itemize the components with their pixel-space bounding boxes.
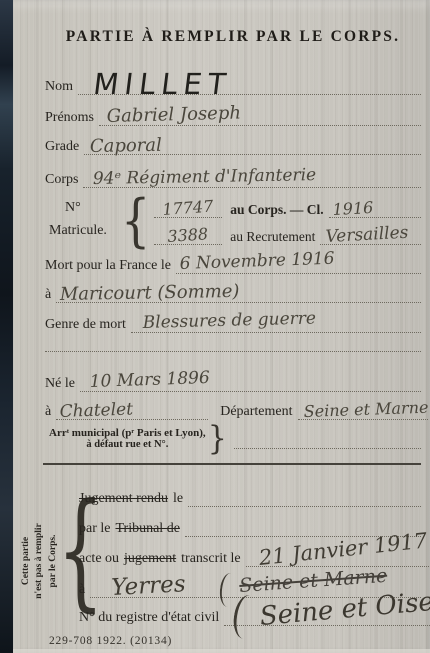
arr-municipal-label: Arrᵗ municipal (pʳ Paris et Lyon), à déf… bbox=[49, 427, 206, 452]
sidenote-line-1: Cette partie bbox=[20, 491, 33, 631]
departement-value: Seine et Marne bbox=[303, 400, 428, 419]
lieu-deces-label: à bbox=[45, 287, 51, 303]
empty-line bbox=[45, 346, 421, 352]
nom-label: Nom bbox=[45, 79, 73, 95]
ne-le-label: Né le bbox=[45, 376, 75, 392]
grade-value: Caporal bbox=[90, 138, 162, 155]
mort-label: Mort pour la France le bbox=[45, 258, 171, 274]
field-transcription: acte ou jugement transcrit le 21 Janvier… bbox=[79, 543, 421, 567]
lieu-transcription-label: à bbox=[79, 582, 85, 598]
matricule-corps-number: 17747 bbox=[162, 199, 214, 217]
form-header: PARTIE À REMPLIR PAR LE CORPS. bbox=[45, 28, 421, 46]
transcription-struck-label: jugement bbox=[124, 551, 176, 567]
field-arr-municipal: Arrᵗ municipal (pʳ Paris et Lyon), à déf… bbox=[49, 424, 421, 454]
form-title: PARTIE À REMPLIR PAR LE CORPS. bbox=[66, 28, 400, 46]
sidenote-line-2: n'est pas à remplir bbox=[33, 491, 46, 631]
lieu-naissance-line: Chatelet bbox=[56, 405, 208, 420]
field-grade: Grade Caporal bbox=[45, 129, 421, 155]
prenoms-label: Prénoms bbox=[45, 110, 94, 126]
mort-line: 6 Novembre 1916 bbox=[176, 257, 421, 274]
matricule-brace: { bbox=[121, 191, 150, 249]
registre-label: N° du registre d'état civil bbox=[79, 610, 219, 626]
field-genre-mort: Genre de mort Blessures de guerre bbox=[45, 307, 421, 333]
ne-le-value: 10 Mars 1896 bbox=[89, 371, 210, 390]
field-ne-le: Né le 10 Mars 1896 bbox=[45, 366, 421, 392]
matricule-corps-row: 17747 au Corps. — Cl. 1916 bbox=[154, 194, 421, 218]
departement-line: Seine et Marne bbox=[298, 405, 429, 420]
section-divider bbox=[43, 463, 421, 465]
prenoms-line: Gabriel Joseph bbox=[99, 109, 421, 126]
genre-mort-line: Blessures de guerre bbox=[131, 316, 421, 333]
matricule-recrutement-line: 3388 bbox=[154, 230, 222, 245]
matricule-recrutement-row: 3388 au Recrutement Versailles bbox=[154, 218, 421, 245]
field-naissance: à Chatelet Département Seine et Marne bbox=[45, 394, 421, 420]
classe-line: 1916 bbox=[329, 203, 421, 218]
matricule-label-bottom: Matricule. bbox=[49, 223, 121, 239]
arr-municipal-label-line1: Arrᵗ municipal (pʳ Paris et Lyon), bbox=[49, 427, 206, 440]
registre-line: Seine et Oise bbox=[224, 595, 430, 626]
sidenote: Cette partie n'est pas à remplir par le … bbox=[20, 491, 62, 631]
transcription-date-value: 21 Janvier 1917 bbox=[258, 532, 428, 568]
nom-value: MILLET bbox=[92, 71, 233, 97]
field-nom: Nom MILLET bbox=[45, 59, 421, 95]
field-jugement: Jugement rendu le bbox=[79, 485, 421, 507]
classe-value: 1916 bbox=[332, 200, 373, 217]
genre-mort-label: Genre de mort bbox=[45, 317, 126, 333]
field-lieu-deces: à Maricourt (Somme) bbox=[45, 277, 421, 303]
matricule-label-top: N° bbox=[49, 200, 121, 216]
ne-le-line: 10 Mars 1896 bbox=[80, 375, 421, 392]
arr-municipal-label-line2: à défaut rue et N°. bbox=[49, 439, 206, 451]
field-prenoms: Prénoms Gabriel Joseph bbox=[45, 100, 421, 126]
lieu-naissance-value: Chatelet bbox=[60, 402, 134, 420]
form-paper: PARTIE À REMPLIR PAR LE CORPS. Nom MILLE… bbox=[13, 0, 430, 653]
matricule-label: N° Matricule. bbox=[49, 200, 121, 238]
grade-line: Caporal bbox=[84, 139, 421, 155]
au-recrutement-label: au Recrutement bbox=[230, 229, 315, 245]
grade-label: Grade bbox=[45, 139, 79, 155]
lieu-deces-value: Maricourt (Somme) bbox=[60, 284, 240, 303]
lieu-transcription-struck-value: Seine et Marne bbox=[239, 568, 388, 595]
arr-municipal-line bbox=[234, 443, 421, 449]
field-matricule: N° Matricule. { 17747 au Corps. — Cl. 19… bbox=[49, 194, 421, 245]
recrutement-place-value: Versailles bbox=[326, 225, 410, 245]
lieu-transcription-value: Yerres bbox=[111, 574, 186, 599]
printer-mark: 229-708 1922. (20134) bbox=[49, 635, 172, 647]
corps-label: Corps bbox=[45, 172, 78, 188]
matricule-lines: 17747 au Corps. — Cl. 1916 3388 au Recru… bbox=[154, 194, 421, 245]
lieu-naissance-label: à bbox=[45, 404, 51, 420]
arr-municipal-brace: } bbox=[208, 423, 227, 456]
matricule-corps-line: 17747 bbox=[154, 203, 222, 218]
genre-mort-value: Blessures de guerre bbox=[142, 311, 316, 331]
field-mort: Mort pour la France le 6 Novembre 1916 bbox=[45, 248, 421, 274]
empty-ruled-line bbox=[45, 346, 421, 352]
registre-value: Seine et Oise bbox=[259, 591, 430, 629]
recrutement-place-line: Versailles bbox=[320, 230, 421, 245]
lieu-deces-line: Maricourt (Somme) bbox=[56, 287, 421, 303]
departement-label: Département bbox=[220, 404, 292, 420]
scan-edge-strip bbox=[0, 0, 14, 653]
jugement-struck-label: Jugement rendu bbox=[79, 491, 168, 507]
jugement-suffix-label: le bbox=[173, 491, 183, 507]
transcription-suffix-label: transcrit le bbox=[181, 551, 240, 567]
printer-mark-row: 229-708 1922. (20134) bbox=[49, 631, 172, 649]
transcription-prefix-label: acte ou bbox=[79, 551, 119, 567]
tribunal-struck-label: Tribunal de bbox=[115, 521, 179, 537]
field-registre: N° du registre d'état civil Seine et Ois… bbox=[79, 598, 421, 626]
corps-value: 94ᵉ Régiment d'Infanterie bbox=[93, 168, 317, 187]
jugement-line bbox=[188, 501, 421, 507]
prenoms-value: Gabriel Joseph bbox=[107, 105, 242, 125]
paren-flourish-2 bbox=[231, 593, 263, 640]
au-corps-label: au Corps. — Cl. bbox=[230, 202, 323, 218]
field-corps: Corps 94ᵉ Régiment d'Infanterie bbox=[45, 160, 421, 188]
nom-line: MILLET bbox=[78, 71, 421, 95]
transcription-line: 21 Janvier 1917 bbox=[246, 549, 429, 567]
scanned-document: PARTIE À REMPLIR PAR LE CORPS. Nom MILLE… bbox=[0, 0, 430, 653]
tribunal-prefix-label: par le bbox=[79, 521, 110, 537]
matricule-recrutement-number: 3388 bbox=[167, 227, 209, 244]
mort-value: 6 Novembre 1916 bbox=[179, 251, 334, 272]
